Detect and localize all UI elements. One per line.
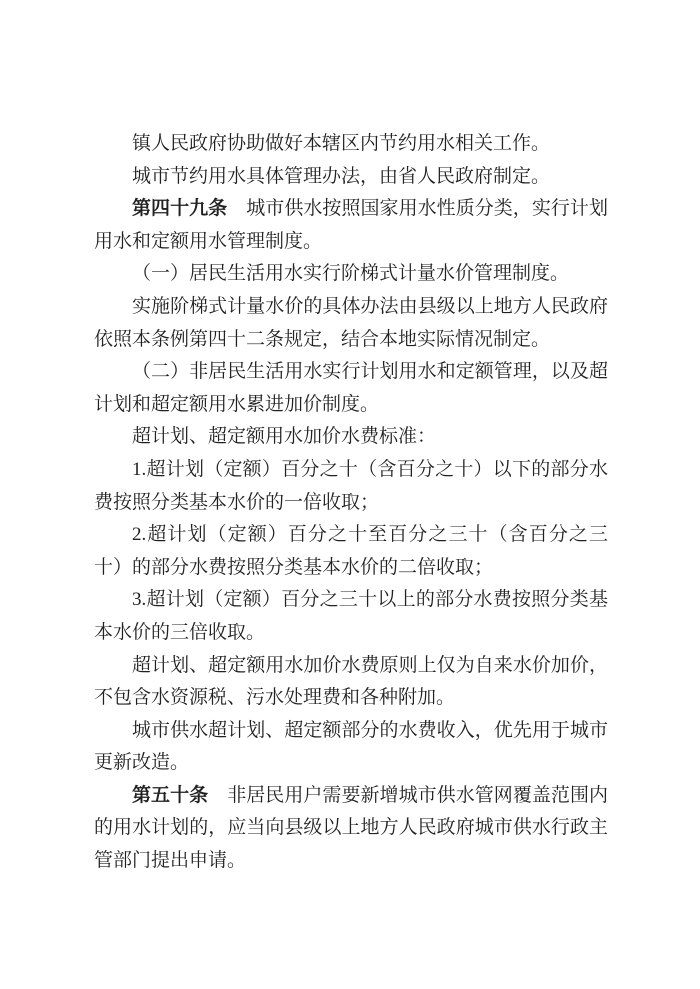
paragraph: 城市供水超计划、超定额部分的水费收入，优先用于城市更新改造。 (94, 715, 608, 780)
paragraph-text: 1.超计划（定额）百分之十（含百分之十）以下的部分水费按照分类基本水价的一倍收取… (94, 459, 608, 513)
paragraph-text: （一）居民生活用水实行阶梯式计量水价管理制度。 (132, 263, 569, 284)
paragraph-item-2: （二）非居民生活用水实行计划用水和定额管理，以及超计划和超定额用水累进加价制度。 (94, 356, 608, 421)
document-page: 镇人民政府协助做好本辖区内节约用水相关工作。 城市节约用水具体管理办法，由省人民… (0, 0, 700, 989)
paragraph-subitem-1: 1.超计划（定额）百分之十（含百分之十）以下的部分水费按照分类基本水价的一倍收取… (94, 454, 608, 519)
paragraph: 实施阶梯式计量水价的具体办法由县级以上地方人民政府依照本条例第四十二条规定，结合… (94, 291, 608, 356)
paragraph-text: 2.超计划（定额）百分之十至百分之三十（含百分之三十）的部分水费按照分类基本水价… (94, 524, 608, 578)
paragraph-subitem-3: 3.超计划（定额）百分之三十以上的部分水费按照分类基本水价的三倍收取。 (94, 584, 608, 649)
article-50-number: 第五十条 (132, 785, 208, 806)
paragraph-text: 城市节约用水具体管理办法，由省人民政府制定。 (132, 166, 550, 187)
paragraph-text: 实施阶梯式计量水价的具体办法由县级以上地方人民政府依照本条例第四十二条规定，结合… (94, 296, 608, 350)
paragraph: 超计划、超定额用水加价水费标准： (94, 421, 608, 454)
paragraph-article-49: 第四十九条 城市供水按照国家用水性质分类，实行计划用水和定额用水管理制度。 (94, 193, 608, 258)
paragraph-text: （二）非居民生活用水实行计划用水和定额管理，以及超计划和超定额用水累进加价制度。 (94, 361, 608, 415)
article-49-number: 第四十九条 (132, 198, 227, 219)
paragraph: 城市节约用水具体管理办法，由省人民政府制定。 (94, 161, 608, 194)
paragraph-article-50: 第五十条 非居民用户需要新增城市供水管网覆盖范围内的用水计划的，应当向县级以上地… (94, 780, 608, 878)
paragraph: 超计划、超定额用水加价水费原则上仅为自来水价加价，不包含水资源税、污水处理费和各… (94, 650, 608, 715)
paragraph-text: 超计划、超定额用水加价水费标准： (132, 426, 436, 447)
paragraph-text: 镇人民政府协助做好本辖区内节约用水相关工作。 (132, 133, 550, 154)
paragraph-item-1: （一）居民生活用水实行阶梯式计量水价管理制度。 (94, 258, 608, 291)
paragraph-text: 超计划、超定额用水加价水费原则上仅为自来水价加价，不包含水资源税、污水处理费和各… (94, 655, 608, 709)
document-text-block: 镇人民政府协助做好本辖区内节约用水相关工作。 城市节约用水具体管理办法，由省人民… (94, 128, 608, 878)
paragraph-subitem-2: 2.超计划（定额）百分之十至百分之三十（含百分之三十）的部分水费按照分类基本水价… (94, 519, 608, 584)
paragraph-text: 3.超计划（定额）百分之三十以上的部分水费按照分类基本水价的三倍收取。 (94, 589, 608, 643)
paragraph: 镇人民政府协助做好本辖区内节约用水相关工作。 (94, 128, 608, 161)
paragraph-text: 城市供水超计划、超定额部分的水费收入，优先用于城市更新改造。 (94, 720, 608, 774)
